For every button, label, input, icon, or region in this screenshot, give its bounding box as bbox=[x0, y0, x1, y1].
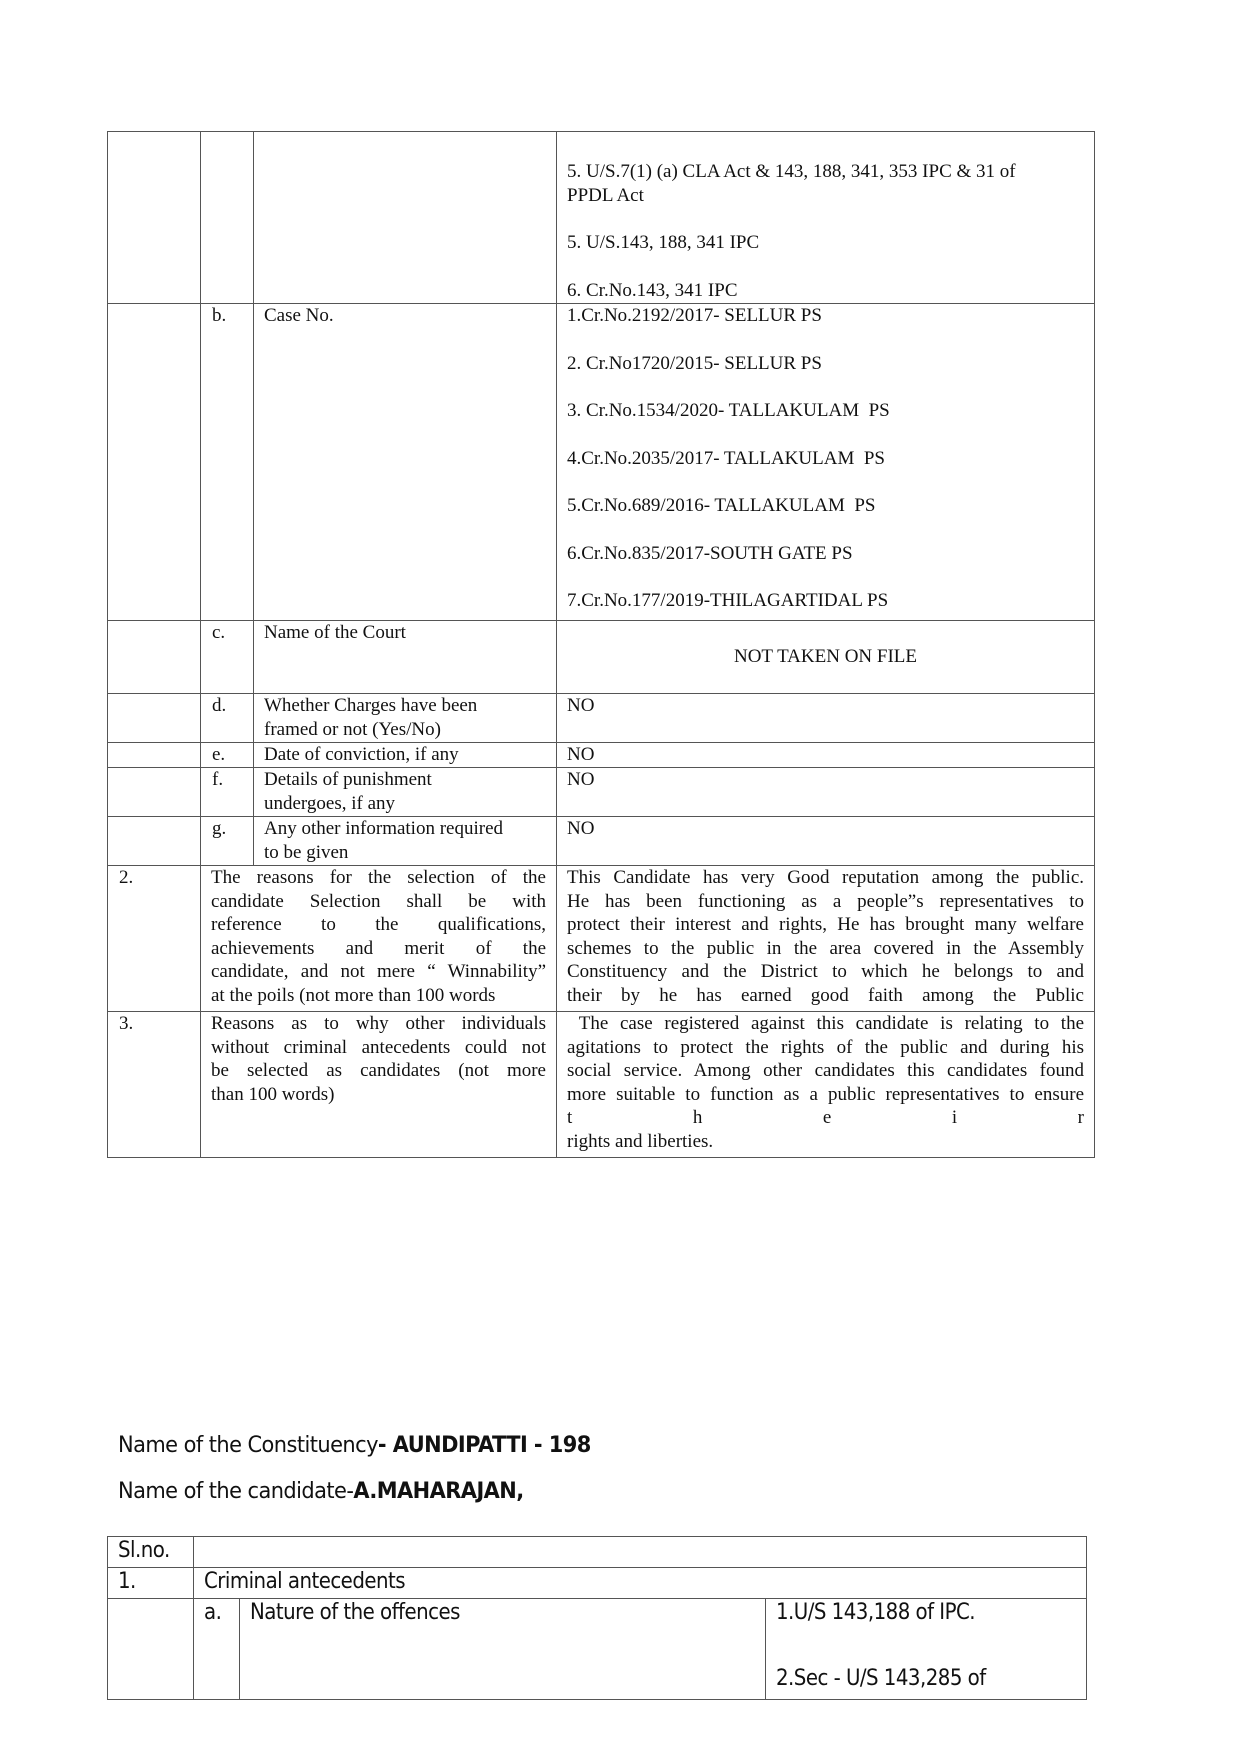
offences-cell: 1.U/S 143,188 of IPC. 2.Sec - U/S 143,28… bbox=[766, 1599, 1087, 1700]
row-letter: f. bbox=[201, 768, 254, 817]
table-row-conviction: e. Date of conviction, if any NO bbox=[108, 743, 1095, 768]
row-label: Case No. bbox=[254, 304, 557, 621]
case-list-cell: 1.Cr.No.2192/2017- SELLUR PS 2. Cr.No172… bbox=[557, 304, 1095, 621]
row-label: Nature of the offences bbox=[240, 1599, 766, 1700]
row-letter: a. bbox=[194, 1599, 240, 1700]
constituency-line: Name of the Constituency- AUNDIPATTI - 1… bbox=[118, 1432, 591, 1458]
serial-number: 1. bbox=[108, 1568, 194, 1599]
criminal-antecedents-table: Sl.no. 1. Criminal antecedents a. Nature… bbox=[107, 1536, 1087, 1700]
candidate-line: Name of the candidate-A.MAHARAJAN, bbox=[118, 1478, 524, 1504]
case-item: 3. Cr.No.1534/2020- TALLAKULAM PS bbox=[567, 399, 1084, 423]
row-label: Date of conviction, if any bbox=[254, 743, 557, 768]
criminal-antecedents-table-continued: 5. U/S.7(1) (a) CLA Act & 143, 188, 341,… bbox=[107, 131, 1095, 1158]
case-item: 5.Cr.No.689/2016- TALLAKULAM PS bbox=[567, 494, 1084, 518]
row-letter: b. bbox=[201, 304, 254, 621]
section-label: Criminal antecedents bbox=[194, 1568, 1087, 1599]
case-item: 6.Cr.No.835/2017-SOUTH GATE PS bbox=[567, 542, 1084, 566]
row-label: Any other information required to be giv… bbox=[254, 817, 557, 866]
case-item: 4.Cr.No.2035/2017- TALLAKULAM PS bbox=[567, 447, 1084, 471]
table-row-other-info: g. Any other information required to be … bbox=[108, 817, 1095, 866]
row-letter: c. bbox=[201, 621, 254, 694]
table-header-row: Sl.no. bbox=[108, 1537, 1087, 1568]
row-label: Details of punishment undergoes, if any bbox=[254, 768, 557, 817]
candidate-label: Name of the candidate- bbox=[118, 1478, 353, 1504]
row-letter: e. bbox=[201, 743, 254, 768]
table-row: 1. Criminal antecedents bbox=[108, 1568, 1087, 1599]
table-row-offences: a. Nature of the offences 1.U/S 143,188 … bbox=[108, 1599, 1087, 1700]
selection-answer: This Candidate has very Good reputation … bbox=[557, 866, 1095, 1012]
table-row-case-no: b. Case No. 1.Cr.No.2192/2017- SELLUR PS… bbox=[108, 304, 1095, 621]
court-value: NOT TAKEN ON FILE bbox=[557, 621, 1095, 694]
constituency-value: - AUNDIPATTI - 198 bbox=[378, 1432, 591, 1458]
constituency-label: Name of the Constituency bbox=[118, 1432, 378, 1458]
case-item: 7.Cr.No.177/2019-THILAGARTIDAL PS bbox=[567, 589, 1084, 613]
offence-item: 5. U/S.143, 188, 341 IPC bbox=[567, 231, 1084, 255]
offence-item-cont: PPDL Act bbox=[567, 184, 1084, 208]
table-row-other-individuals: 3. Reasons as to why other individuals w… bbox=[108, 1012, 1095, 1158]
candidate-name: A.MAHARAJAN, bbox=[353, 1478, 523, 1504]
case-item: 2. Cr.No1720/2015- SELLUR PS bbox=[567, 352, 1084, 376]
punishment-value: NO bbox=[557, 768, 1095, 817]
other-info-value: NO bbox=[557, 817, 1095, 866]
conviction-value: NO bbox=[557, 743, 1095, 768]
serial-number: 2. bbox=[108, 866, 201, 1012]
document-page: 5. U/S.7(1) (a) CLA Act & 143, 188, 341,… bbox=[0, 0, 1241, 1755]
header-sl-no: Sl.no. bbox=[108, 1537, 194, 1568]
offence-item: 5. U/S.7(1) (a) CLA Act & 143, 188, 341,… bbox=[567, 160, 1084, 184]
other-individuals-answer: The case registered against this candida… bbox=[557, 1012, 1095, 1158]
table-row-selection-reasons: 2. The reasons for the selection of the … bbox=[108, 866, 1095, 1012]
offences-cell: 5. U/S.7(1) (a) CLA Act & 143, 188, 341,… bbox=[557, 132, 1095, 304]
row-letter: d. bbox=[201, 694, 254, 743]
other-individuals-question: Reasons as to why other individuals with… bbox=[201, 1012, 557, 1158]
offence-item: 1.U/S 143,188 of IPC. bbox=[776, 1599, 975, 1627]
row-label: Name of the Court bbox=[254, 621, 557, 694]
table-row-punishment: f. Details of punishment undergoes, if a… bbox=[108, 768, 1095, 817]
table-row-court: c. Name of the Court NOT TAKEN ON FILE bbox=[108, 621, 1095, 694]
row-letter: g. bbox=[201, 817, 254, 866]
case-item: 1.Cr.No.2192/2017- SELLUR PS bbox=[567, 304, 1084, 328]
serial-number: 3. bbox=[108, 1012, 201, 1158]
offence-item: 6. Cr.No.143, 341 IPC bbox=[567, 279, 1084, 303]
row-label: Whether Charges have been framed or not … bbox=[254, 694, 557, 743]
table-row: 5. U/S.7(1) (a) CLA Act & 143, 188, 341,… bbox=[108, 132, 1095, 304]
charges-value: NO bbox=[557, 694, 1095, 743]
selection-question: The reasons for the selection of the can… bbox=[201, 866, 557, 1012]
table-row-charges: d. Whether Charges have been framed or n… bbox=[108, 694, 1095, 743]
offence-item: 2.Sec - U/S 143,285 of bbox=[776, 1665, 986, 1693]
